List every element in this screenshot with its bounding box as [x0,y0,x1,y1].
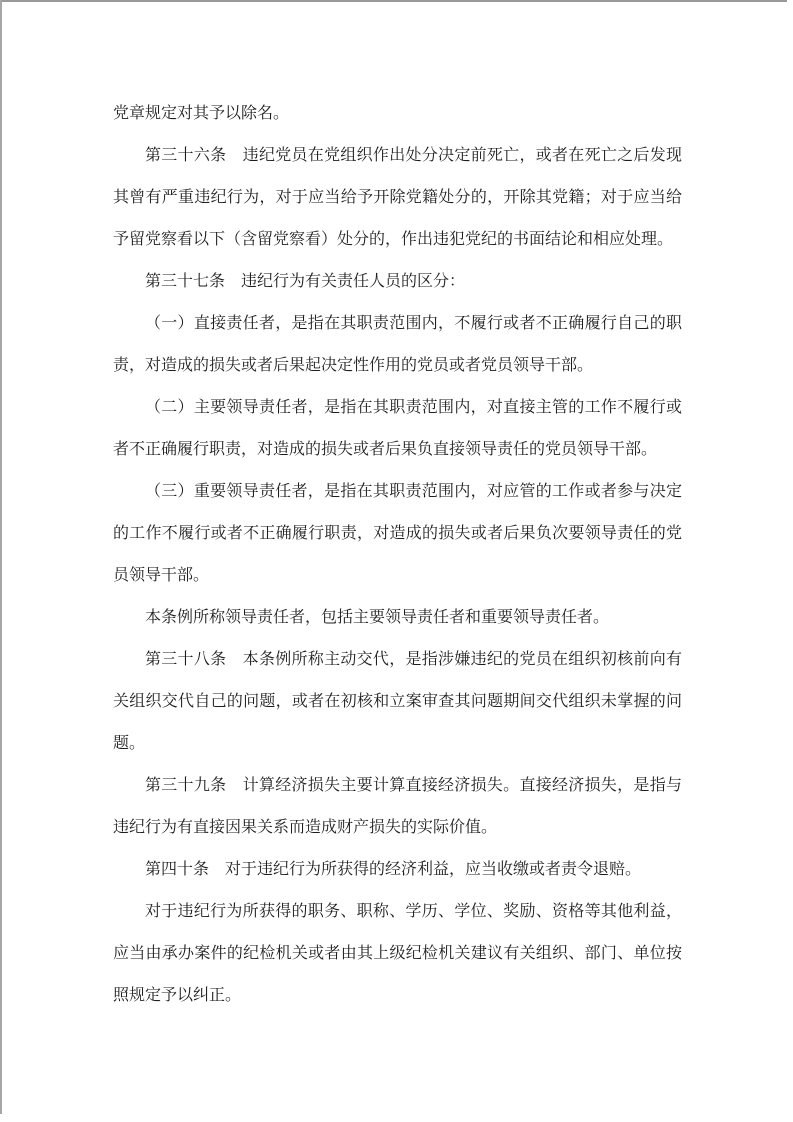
paragraph-article-39: 第三十九条 计算经济损失主要计算直接经济损失。直接经济损失，是指与违纪行为有直接… [113,765,682,849]
paragraph-article-36: 第三十六条 违纪党员在党组织作出处分决定前死亡，或者在死亡之后发现其曾有严重违纪… [113,135,682,261]
paragraph-article-37: 第三十七条 违纪行为有关责任人员的区分： [113,261,682,303]
page-top-edge-line [0,0,787,2]
document-page: 党章规定对其予以除名。 第三十六条 违纪党员在党组织作出处分决定前死亡，或者在死… [0,0,793,1122]
paragraph-article-37-item-1: （一）直接责任者，是指在其职责范围内，不履行或者不正确履行自己的职责，对造成的损… [113,303,682,387]
paragraph-article-40: 第四十条 对于违纪行为所获得的经济利益，应当收缴或者责令退赔。 [113,849,682,891]
document-body: 党章规定对其予以除名。 第三十六条 违纪党员在党组织作出处分决定前死亡，或者在死… [113,93,682,1017]
paragraph-article-38: 第三十八条 本条例所称主动交代，是指涉嫌违纪的党员在组织初核前向有关组织交代自己… [113,639,682,765]
page-left-edge-line [0,0,2,1114]
paragraph-article-40-other-benefits: 对于违纪行为所获得的职务、职称、学历、学位、奖励、资格等其他利益，应当由承办案件… [113,891,682,1017]
paragraph-article-37-item-3: （三）重要领导责任者，是指在其职责范围内，对应管的工作或者参与决定的工作不履行或… [113,471,682,597]
paragraph-continuation: 党章规定对其予以除名。 [113,93,682,135]
paragraph-article-37-item-2: （二）主要领导责任者，是指在其职责范围内，对直接主管的工作不履行或者不正确履行职… [113,387,682,471]
paragraph-article-37-leader-definition: 本条例所称领导责任者，包括主要领导责任者和重要领导责任者。 [113,597,682,639]
